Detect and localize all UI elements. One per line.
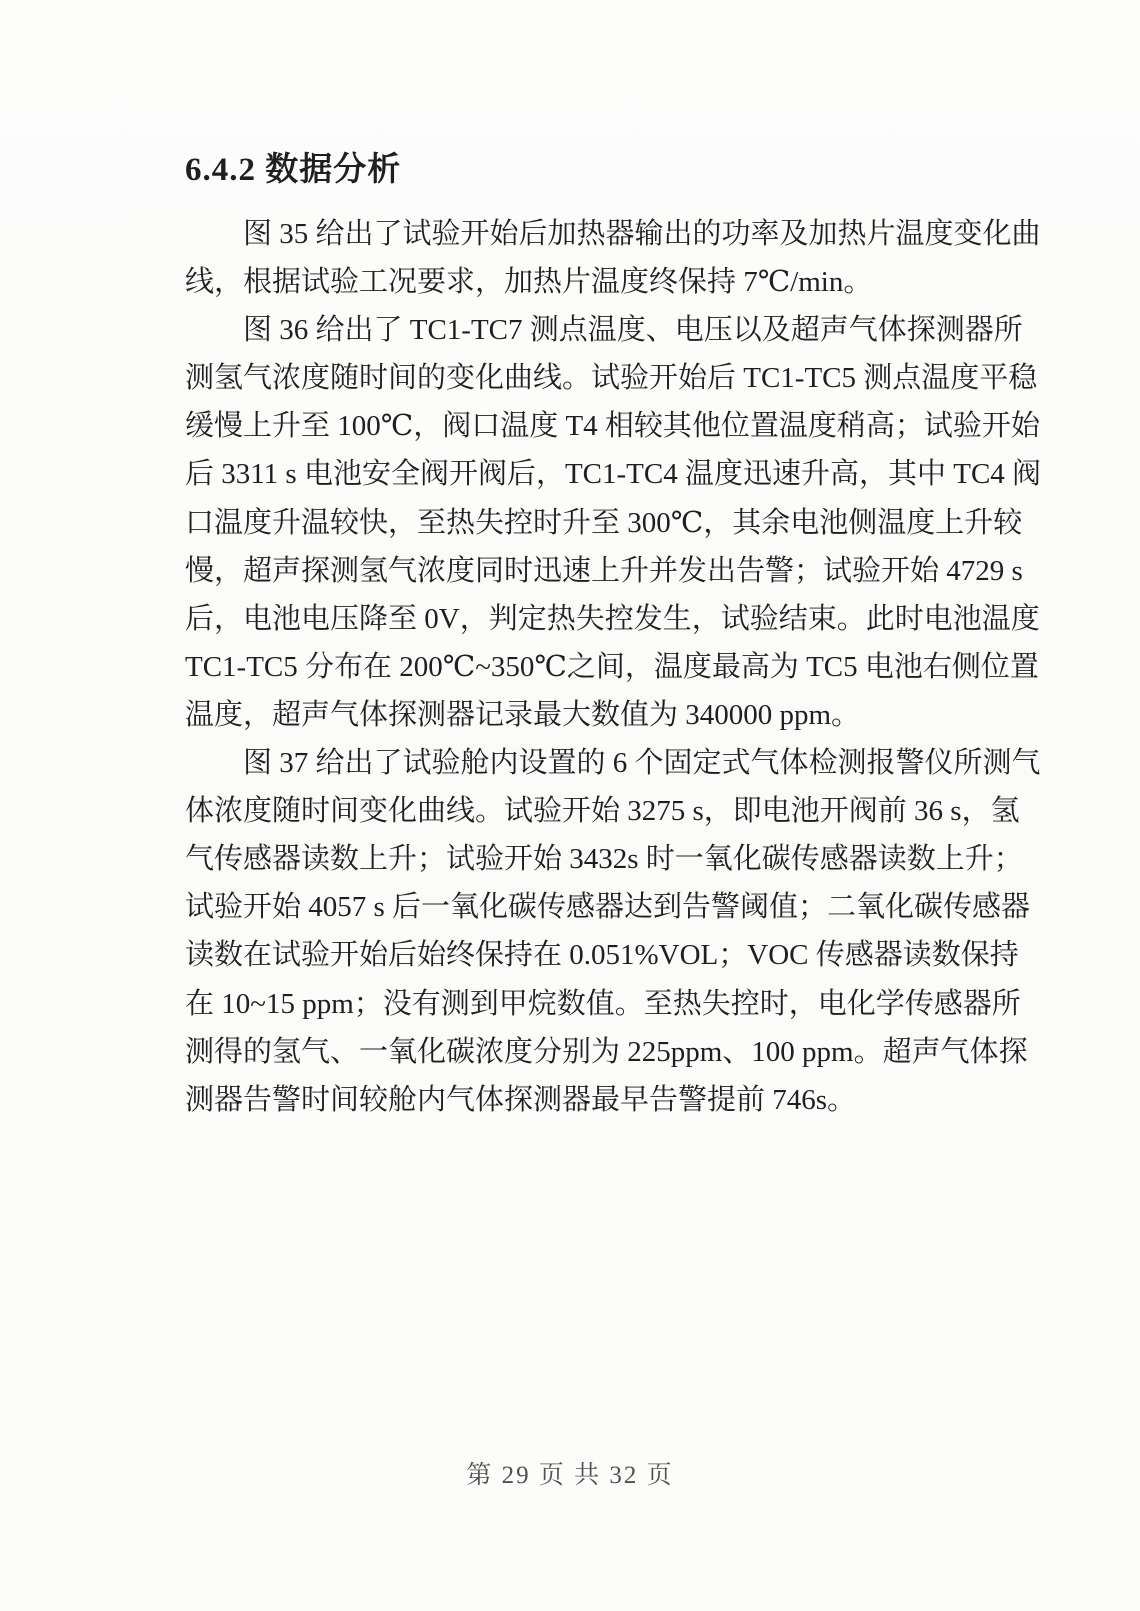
text-line: 温度，超声气体探测器记录最大数值为 340000 ppm。 bbox=[185, 691, 955, 739]
text-line: 读数在试验开始后始终保持在 0.051%VOL；VOC 传感器读数保持 bbox=[185, 931, 955, 979]
text-line: 在 10~15 ppm；没有测到甲烷数值。至热失控时，电化学传感器所 bbox=[185, 980, 955, 1028]
page-footer: 第 29 页 共 32 页 bbox=[0, 1455, 1140, 1491]
text-line: 图 36 给出了 TC1-TC7 测点温度、电压以及超声气体探测器所 bbox=[185, 306, 955, 354]
paragraphs-container: 图 35 给出了试验开始后加热器输出的功率及加热片温度变化曲线，根据试验工况要求… bbox=[185, 210, 955, 1124]
text-line: 测氢气浓度随时间的变化曲线。试验开始后 TC1-TC5 测点温度平稳 bbox=[185, 354, 955, 402]
text-line: 慢，超声探测氢气浓度同时迅速上升并发出告警；试验开始 4729 s bbox=[185, 547, 955, 595]
text-line: 测器告警时间较舱内气体探测器最早告警提前 746s。 bbox=[185, 1076, 955, 1124]
text-line: 后 3311 s 电池安全阀开阀后，TC1-TC4 温度迅速升高，其中 TC4 … bbox=[185, 450, 955, 498]
text-line: 试验开始 4057 s 后一氧化碳传感器达到告警阈值；二氧化碳传感器 bbox=[185, 883, 955, 931]
text-line: 缓慢上升至 100℃，阀口温度 T4 相较其他位置温度稍高；试验开始 bbox=[185, 402, 955, 450]
text-line: 线，根据试验工况要求，加热片温度终保持 7℃/min。 bbox=[185, 258, 955, 306]
text-block: 6.4.2 数据分析 图 35 给出了试验开始后加热器输出的功率及加热片温度变化… bbox=[185, 150, 955, 1124]
text-line: 后，电池电压降至 0V，判定热失控发生，试验结束。此时电池温度 bbox=[185, 595, 955, 643]
text-line: 图 35 给出了试验开始后加热器输出的功率及加热片温度变化曲 bbox=[185, 210, 955, 258]
document-page: 6.4.2 数据分析 图 35 给出了试验开始后加热器输出的功率及加热片温度变化… bbox=[0, 0, 1140, 1611]
section-heading: 6.4.2 数据分析 bbox=[185, 150, 955, 190]
text-line: 口温度升温较快，至热失控时升至 300℃，其余电池侧温度上升较 bbox=[185, 499, 955, 547]
text-line: 图 37 给出了试验舱内设置的 6 个固定式气体检测报警仪所测气 bbox=[185, 739, 955, 787]
text-line: 气传感器读数上升；试验开始 3432s 时一氧化碳传感器读数上升； bbox=[185, 835, 955, 883]
text-line: 体浓度随时间变化曲线。试验开始 3275 s，即电池开阀前 36 s，氢 bbox=[185, 787, 955, 835]
text-line: TC1-TC5 分布在 200℃~350℃之间，温度最高为 TC5 电池右侧位置 bbox=[185, 643, 955, 691]
text-line: 测得的氢气、一氧化碳浓度分别为 225ppm、100 ppm。超声气体探 bbox=[185, 1028, 955, 1076]
